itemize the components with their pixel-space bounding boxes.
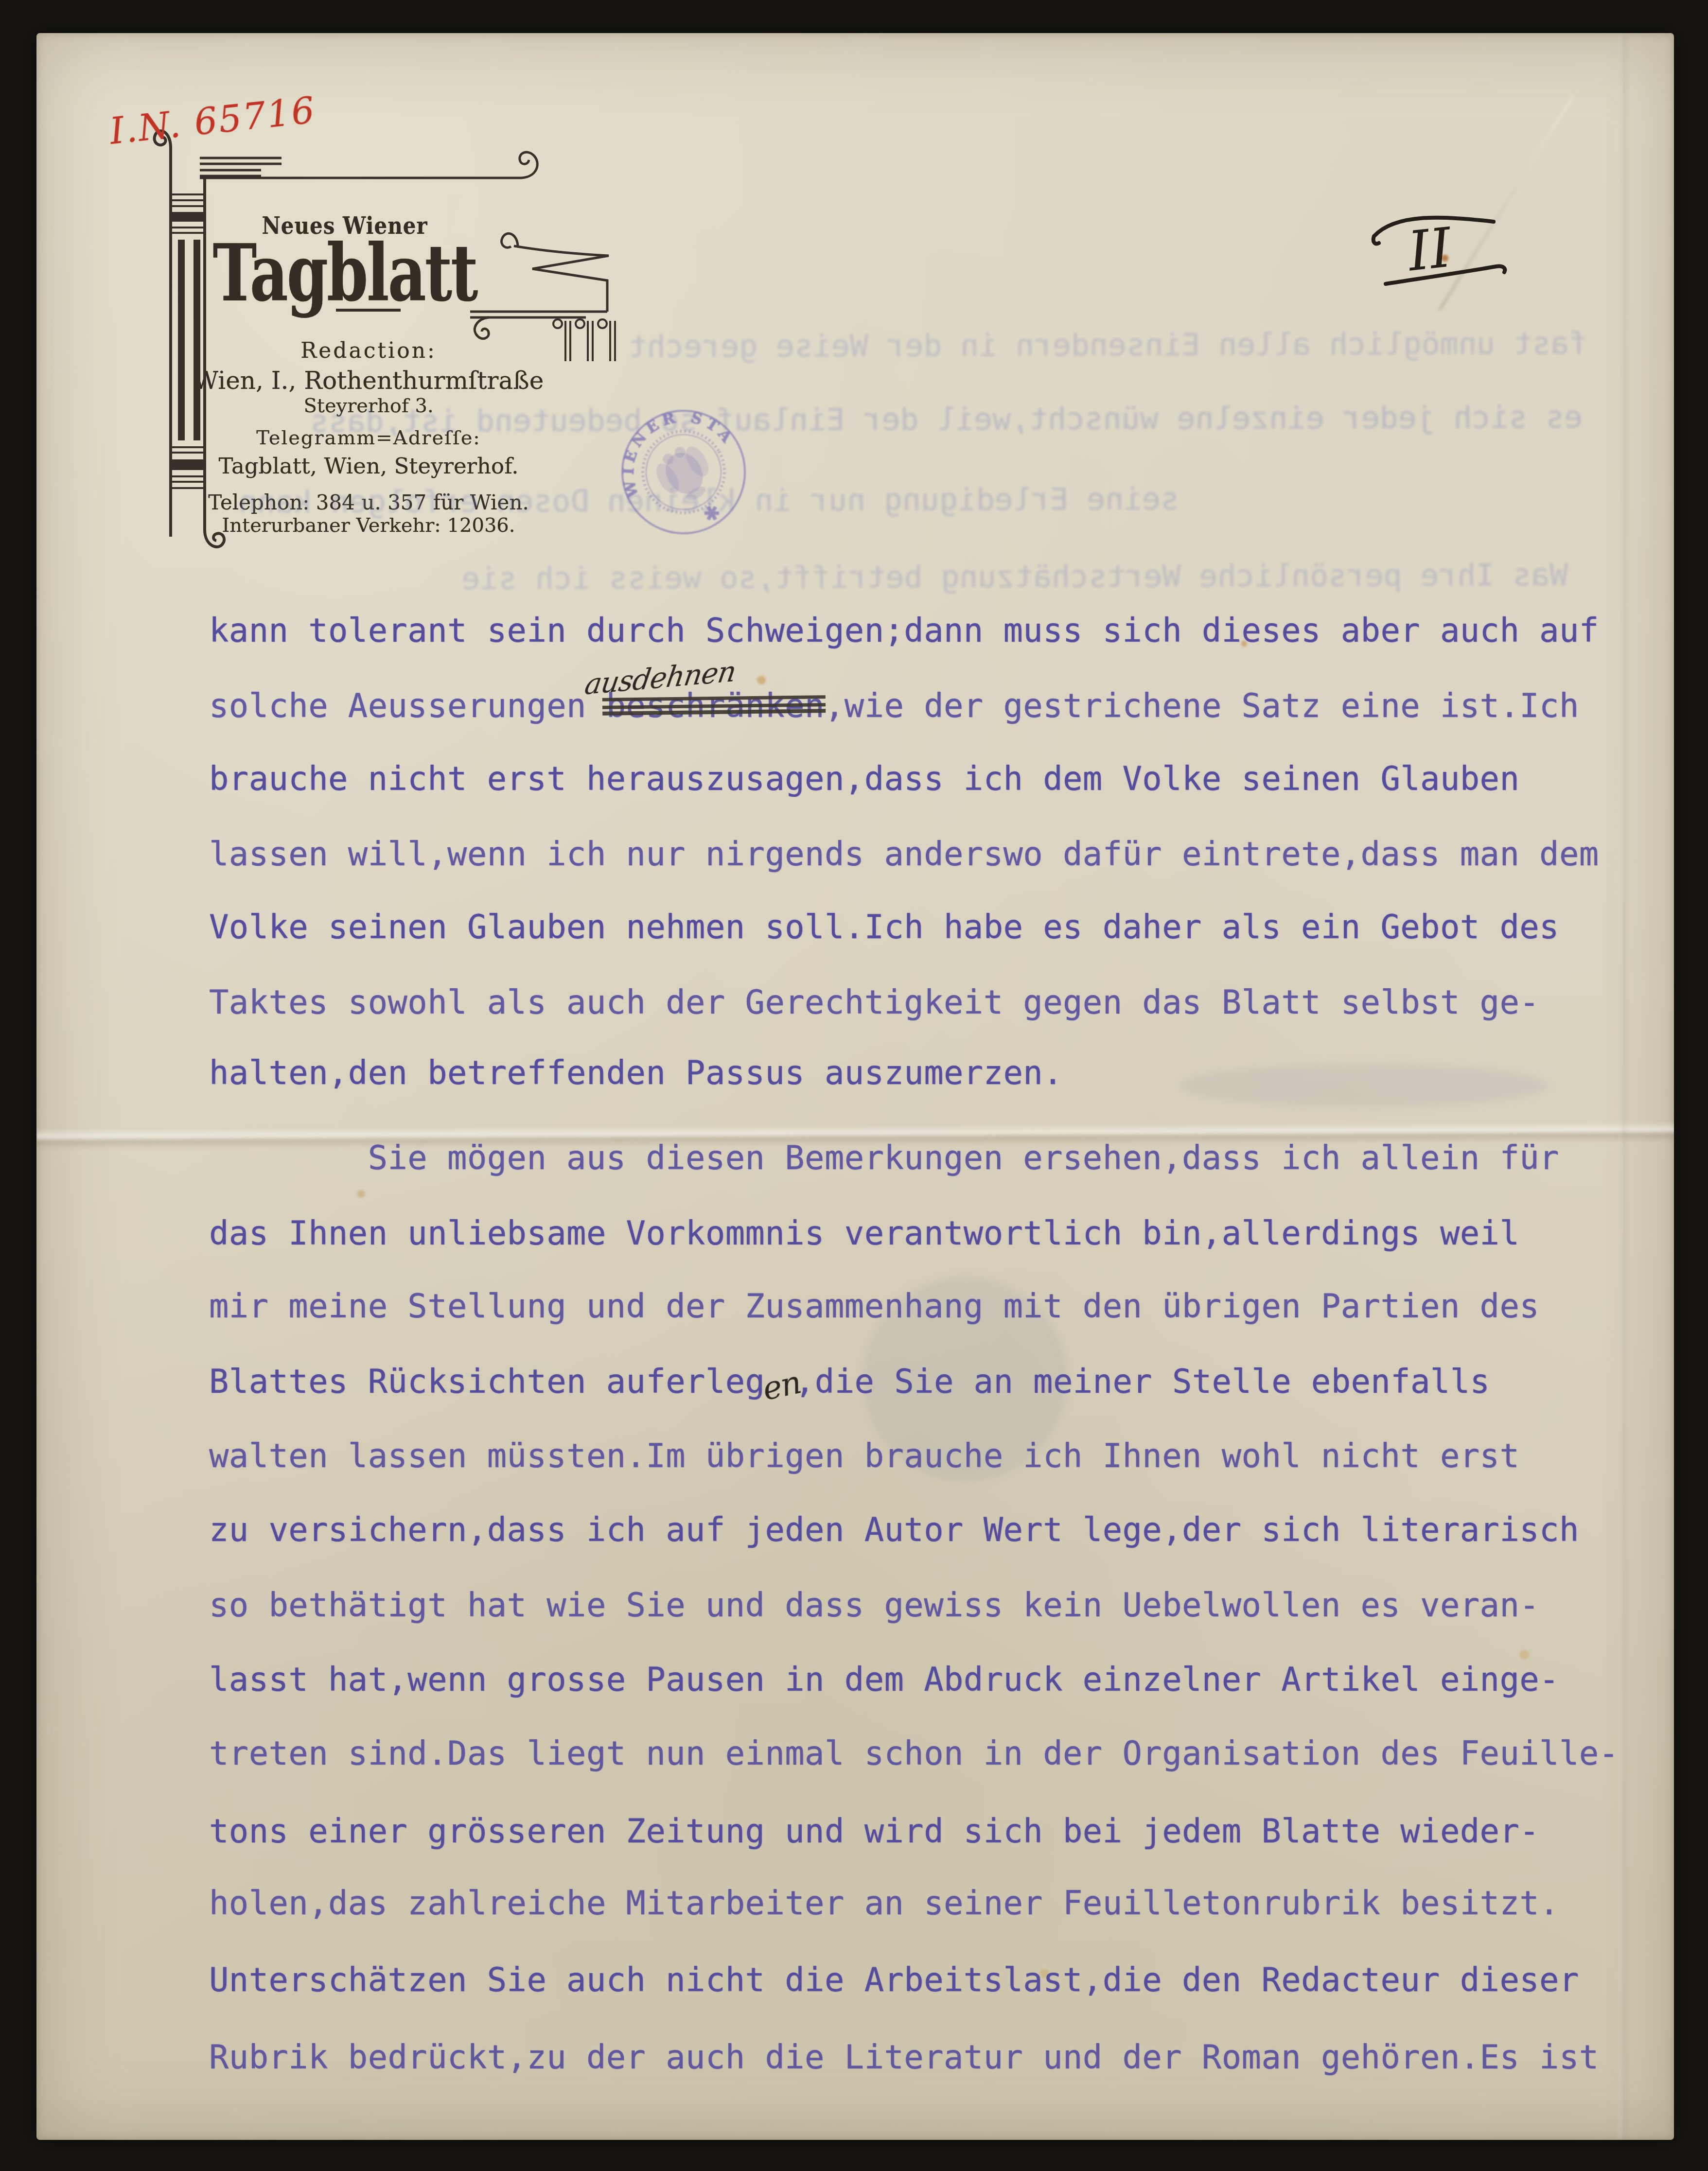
- typed-line: holen,das zahlreiche Mitarbeiter an sein…: [209, 1884, 1559, 1922]
- letterhead-ornament: [148, 101, 634, 578]
- paper-stain: [357, 1190, 365, 1198]
- typed-line: Rubrik bedrückt,zu der auch die Literatu…: [209, 2038, 1599, 2076]
- typed-text: treten sind.Das liegt nun einmal schon i…: [209, 1734, 1619, 1772]
- typed-text: lasst hat,wenn grosse Pausen in dem Abdr…: [209, 1661, 1559, 1698]
- typed-text: ,die Sie an meiner Stelle ebenfalls: [795, 1363, 1490, 1401]
- typed-line: kann tolerant sein durch Schweigen;dann …: [209, 612, 1599, 649]
- handwritten-insertion: en: [759, 1364, 804, 1408]
- typed-text: walten lassen müssten.Im übrigen brauche…: [209, 1437, 1519, 1475]
- typed-text: Taktes sowohl als auch der Gerechtigkeit…: [209, 983, 1539, 1021]
- typed-text: holen,das zahlreiche Mitarbeiter an sein…: [209, 1884, 1559, 1922]
- library-stamp: WIENER STADTBIBLIOTHEK ✱: [608, 397, 759, 547]
- typed-line: so bethätigt hat wie Sie und dass gewiss…: [209, 1586, 1539, 1624]
- typed-line: tons einer grösseren Zeitung und wird si…: [209, 1812, 1539, 1850]
- vertical-fold-shadow: [1619, 33, 1626, 2140]
- typed-line: Sie mögen aus diesen Bemerkungen ersehen…: [209, 1139, 1559, 1177]
- typed-text: Unterschätzen Sie auch nicht die Arbeits…: [209, 1961, 1579, 1999]
- paper-edge-nick: [882, 0, 916, 10]
- typed-line: zu versichern,dass ich auf jeden Autor W…: [209, 1511, 1579, 1549]
- page-number: II: [1404, 216, 1456, 283]
- scanned-letter-photo: fast unmöglich allen Einsendern in der W…: [0, 0, 1708, 2171]
- typed-text: brauche nicht erst herauszusagen,dass ic…: [209, 760, 1519, 798]
- typed-text: ,wie der gestrichene Satz eine ist.Ich: [825, 687, 1579, 725]
- typed-text: mir meine Stellung und der Zusammenhang …: [209, 1287, 1539, 1325]
- typed-line: mir meine Stellung und der Zusammenhang …: [209, 1287, 1539, 1325]
- typed-line: halten,den betreffenden Passus auszumerz…: [209, 1054, 1063, 1092]
- typed-line: lassen will,wenn ich nur nirgends anders…: [209, 835, 1599, 873]
- typed-text: das Ihnen unliebsame Vorkommnis verantwo…: [209, 1214, 1519, 1252]
- typed-line: brauche nicht erst herauszusagen,dass ic…: [209, 760, 1519, 798]
- typed-text: Sie mögen aus diesen Bemerkungen ersehen…: [209, 1139, 1559, 1177]
- paper-stain: [1519, 1650, 1529, 1660]
- typed-text: zu versichern,dass ich auf jeden Autor W…: [209, 1511, 1579, 1549]
- typed-text: halten,den betreffenden Passus auszumerz…: [209, 1054, 1063, 1092]
- bleedthrough-line: fast unmöglich allen Einsendern in der W…: [615, 326, 1587, 365]
- typed-line: solche Aeusserungen beschränken,wie der …: [209, 687, 1579, 725]
- typed-text: tons einer grösseren Zeitung und wird si…: [209, 1812, 1539, 1850]
- typed-line: Blattes Rücksichten auferlegen,die Sie a…: [209, 1363, 1490, 1401]
- page-number-mark: II: [1366, 198, 1512, 300]
- typed-line: Taktes sowohl als auch der Gerechtigkeit…: [209, 983, 1539, 1021]
- typed-line: walten lassen müssten.Im übrigen brauche…: [209, 1437, 1519, 1475]
- typed-text: lassen will,wenn ich nur nirgends anders…: [209, 835, 1599, 873]
- typed-line: treten sind.Das liegt nun einmal schon i…: [209, 1734, 1619, 1772]
- letter-paper: fast unmöglich allen Einsendern in der W…: [36, 33, 1674, 2140]
- typed-text: Rubrik bedrückt,zu der auch die Literatu…: [209, 2038, 1599, 2076]
- paper-stain: [757, 676, 766, 684]
- ink-smudge: [1179, 1064, 1549, 1107]
- typed-text: Volke seinen Glauben nehmen soll.Ich hab…: [209, 908, 1559, 946]
- typed-line: das Ihnen unliebsame Vorkommnis verantwo…: [209, 1214, 1519, 1252]
- typed-line: Unterschätzen Sie auch nicht die Arbeits…: [209, 1961, 1579, 1999]
- typed-text: Blattes Rücksichten auferleg: [209, 1363, 765, 1401]
- typed-text: kann tolerant sein durch Schweigen;dann …: [209, 612, 1599, 649]
- stamp-eagle-emblem: [649, 438, 721, 510]
- typed-line: lasst hat,wenn grosse Pausen in dem Abdr…: [209, 1661, 1559, 1698]
- typed-text: solche Aeusserungen: [209, 687, 606, 725]
- typed-line: Volke seinen Glauben nehmen soll.Ich hab…: [209, 908, 1559, 946]
- typed-text: so bethätigt hat wie Sie und dass gewiss…: [209, 1586, 1539, 1624]
